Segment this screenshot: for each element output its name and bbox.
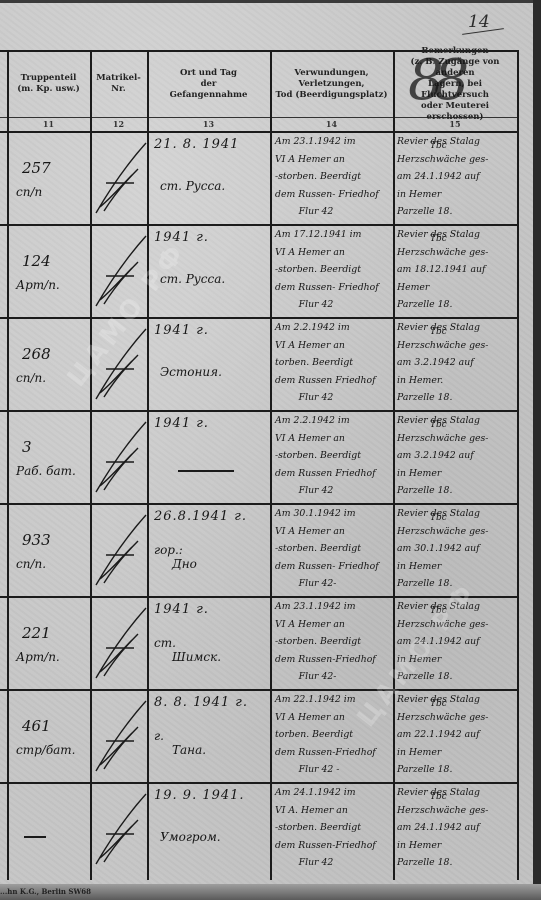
- death-record: Am 2.2.1942 im VI A Hemer an -storben. B…: [275, 412, 376, 500]
- column-header-14: Verwundungen, Verletzungen, Tod (Beerdig…: [270, 52, 393, 116]
- capture-place-dash: [178, 470, 234, 472]
- checkmark-signature-icon: [92, 790, 152, 870]
- diagnosis-insert: Tbc: [430, 513, 447, 523]
- table-rule-vertical: [270, 50, 272, 880]
- unit-type: сп/п.: [16, 371, 46, 385]
- checkmark-signature-icon: [92, 418, 152, 498]
- capture-place-prefix: г.: [154, 729, 164, 743]
- checkmark-signature-icon: [92, 604, 152, 684]
- margin-annotation: 88: [408, 48, 459, 113]
- unit-type: сп/п.: [16, 557, 46, 571]
- capture-place: Шимск.: [172, 650, 221, 664]
- page-edge-top: [0, 0, 533, 3]
- capture-place: Эстония.: [160, 365, 222, 379]
- diagnosis-insert: Tbc: [430, 792, 447, 802]
- unit-number: 268: [22, 345, 51, 363]
- column-header-label: Matrikel- Nr.: [96, 73, 141, 95]
- death-record: Am 23.1.1942 im VI A Hemer an -storben. …: [275, 133, 379, 221]
- unit-type: стр/бат.: [16, 743, 76, 757]
- unit-number: 221: [22, 624, 51, 642]
- unit-type: Арт/п.: [16, 278, 60, 292]
- column-header-label: Verwundungen, Verletzungen, Tod (Beerdig…: [275, 68, 387, 101]
- capture-date: 8. 8. 1941 г.: [154, 695, 248, 710]
- capture-date: 26.8.1941 г.: [154, 509, 247, 524]
- checkmark-signature-icon: [92, 697, 152, 777]
- column-header-13: Ort und Tag der Gefangennahme: [147, 52, 270, 116]
- diagnosis-insert: Tbc: [430, 699, 447, 709]
- capture-place: Умогром.: [160, 830, 221, 844]
- diagnosis-insert: Tbc: [430, 234, 447, 244]
- capture-place: ст. Русса.: [160, 179, 225, 193]
- page-number: 14: [468, 12, 490, 32]
- capture-date: 1941 г.: [154, 416, 209, 431]
- column-header-label: Ort und Tag der Gefangennahme: [170, 68, 248, 101]
- capture-date: 1941 г.: [154, 323, 209, 338]
- capture-place: Тана.: [172, 743, 206, 757]
- unit-number: 257: [22, 159, 51, 177]
- table-rule-vertical: [517, 50, 519, 880]
- unit-type: сп/п: [16, 185, 42, 199]
- capture-place: Дно: [172, 557, 197, 571]
- capture-date: 1941 г.: [154, 230, 209, 245]
- checkmark-signature-icon: [92, 511, 152, 591]
- capture-place-prefix: гор.:: [154, 543, 183, 557]
- capture-date: 19. 9. 1941.: [154, 788, 245, 803]
- diagnosis-insert: Tbc: [430, 141, 447, 151]
- column-header-label: Truppenteil (m. Kp. usw.): [17, 73, 80, 95]
- table-rule-vertical: [393, 50, 395, 880]
- column-number: 15: [393, 118, 517, 131]
- unit-number-dash: [24, 836, 46, 838]
- page-edge-right: [533, 0, 541, 900]
- capture-place-prefix: ст.: [154, 636, 176, 650]
- death-record: Am 2.2.1942 im VI A Hemer an torben. Bee…: [275, 319, 376, 407]
- unit-number: 461: [22, 717, 51, 735]
- column-number: 13: [147, 118, 270, 131]
- checkmark-signature-icon: [92, 139, 152, 219]
- diagnosis-insert: Tbc: [430, 420, 447, 430]
- diagnosis-insert: Tbc: [430, 327, 447, 337]
- column-header-12: Matrikel- Nr.: [90, 52, 147, 116]
- unit-type: Раб. бат.: [16, 464, 76, 478]
- column-number: 12: [90, 118, 147, 131]
- printer-imprint: ...hn K.G., Berlin SW68: [0, 887, 91, 896]
- table-rule-vertical: [7, 50, 9, 880]
- capture-date: 1941 г.: [154, 602, 209, 617]
- death-record: Am 17.12.1941 im VI A Hemer an -storben.…: [275, 226, 379, 314]
- column-number: 14: [270, 118, 393, 131]
- unit-type: Арт/п.: [16, 650, 60, 664]
- death-record: Am 30.1.1942 im VI A Hemer an -storben. …: [275, 505, 379, 593]
- column-number: 11: [7, 118, 90, 131]
- unit-number: 124: [22, 252, 51, 270]
- death-record: Am 24.1.1942 im VI A. Hemer an -storben.…: [275, 784, 376, 872]
- unit-number: 3: [22, 438, 32, 456]
- unit-number: 933: [22, 531, 51, 549]
- column-header-11: Truppenteil (m. Kp. usw.): [7, 52, 90, 116]
- capture-date: 21. 8. 1941: [154, 137, 239, 152]
- death-record: Am 23.1.1942 im VI A Hemer an -storben. …: [275, 598, 376, 686]
